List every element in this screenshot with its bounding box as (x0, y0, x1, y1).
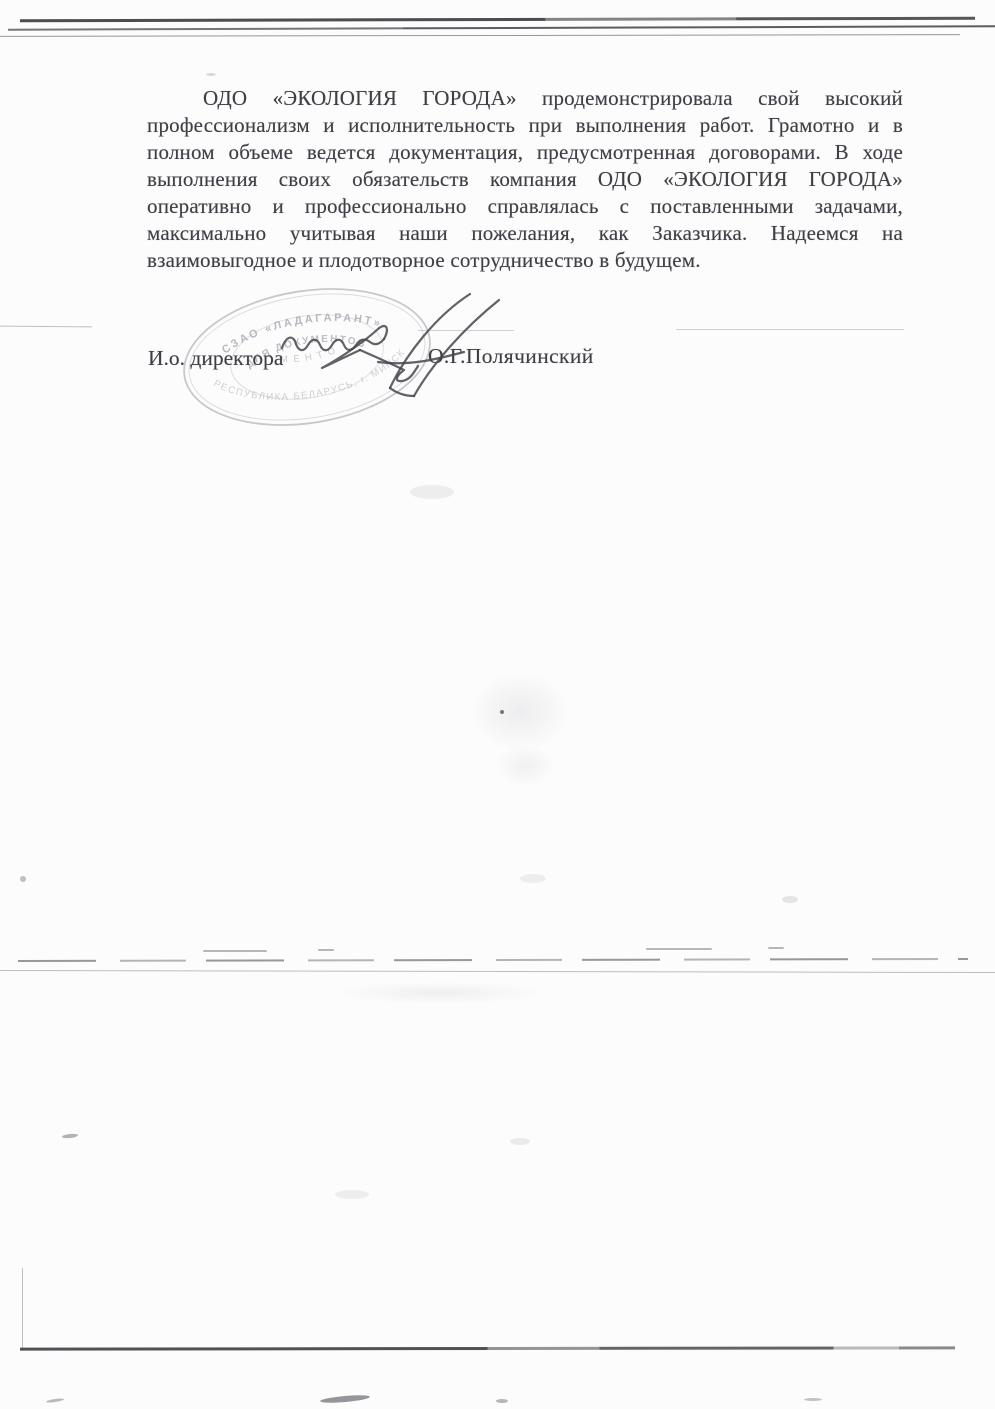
paragraph-line: полном объеме ведется документация, пред… (147, 139, 903, 166)
scan-artifact-dashed-line (18, 958, 968, 962)
paragraph-line: ОДО «ЭКОЛОГИЯ ГОРОДА» продемонстрировала… (147, 85, 903, 112)
scan-smudge (335, 982, 545, 1004)
scan-speck (320, 1394, 370, 1404)
paragraph-line: выполнения своих обязательств компания О… (147, 166, 903, 193)
scan-artifact-segment (646, 948, 712, 950)
scan-speck (804, 1398, 822, 1401)
scan-artifact-line-bottom (20, 1346, 955, 1350)
scan-speck (46, 1398, 64, 1403)
scan-smudge (782, 896, 798, 903)
acting-director-label: И.о. директора (148, 346, 283, 371)
scan-artifact-line-top-3 (0, 34, 960, 37)
scan-artifact-faint-line (0, 326, 92, 328)
paragraph-line: взаимовыгодное и плодотворное сотрудниче… (147, 247, 903, 274)
scan-speck (496, 1399, 508, 1403)
letter-body-paragraph: ОДО «ЭКОЛОГИЯ ГОРОДА» продемонстрировала… (147, 85, 903, 274)
scan-artifact-faint-line (676, 329, 904, 330)
scan-artifact-line-top-2 (8, 25, 995, 30)
scan-smudge (470, 672, 570, 752)
scan-smudge (410, 485, 454, 499)
paragraph-line: профессионализм и исполнительность при в… (147, 112, 903, 139)
paragraph-line: оперативно и профессионально справлялась… (147, 193, 903, 220)
scan-speck (206, 73, 216, 76)
scan-speck (62, 1133, 78, 1139)
scan-smudge (495, 745, 555, 787)
scan-artifact-segment (203, 950, 267, 952)
scan-artifact-vertical-line (22, 1268, 23, 1348)
scan-smudge (335, 1190, 369, 1199)
scanned-letter-page: ОДО «ЭКОЛОГИЯ ГОРОДА» продемонстрировала… (0, 0, 995, 1409)
scan-artifact-faint-line (0, 970, 995, 973)
scan-speck (20, 876, 26, 882)
paragraph-line: максимально учитывая наши пожелания, как… (147, 220, 903, 247)
scan-speck (500, 710, 504, 714)
scan-smudge (510, 1138, 530, 1145)
scan-artifact-line-top-1 (20, 17, 975, 23)
signature-scribble (266, 282, 518, 408)
scan-artifact-segment (318, 949, 334, 951)
scan-smudge (520, 874, 546, 883)
scan-artifact-segment (768, 947, 784, 949)
